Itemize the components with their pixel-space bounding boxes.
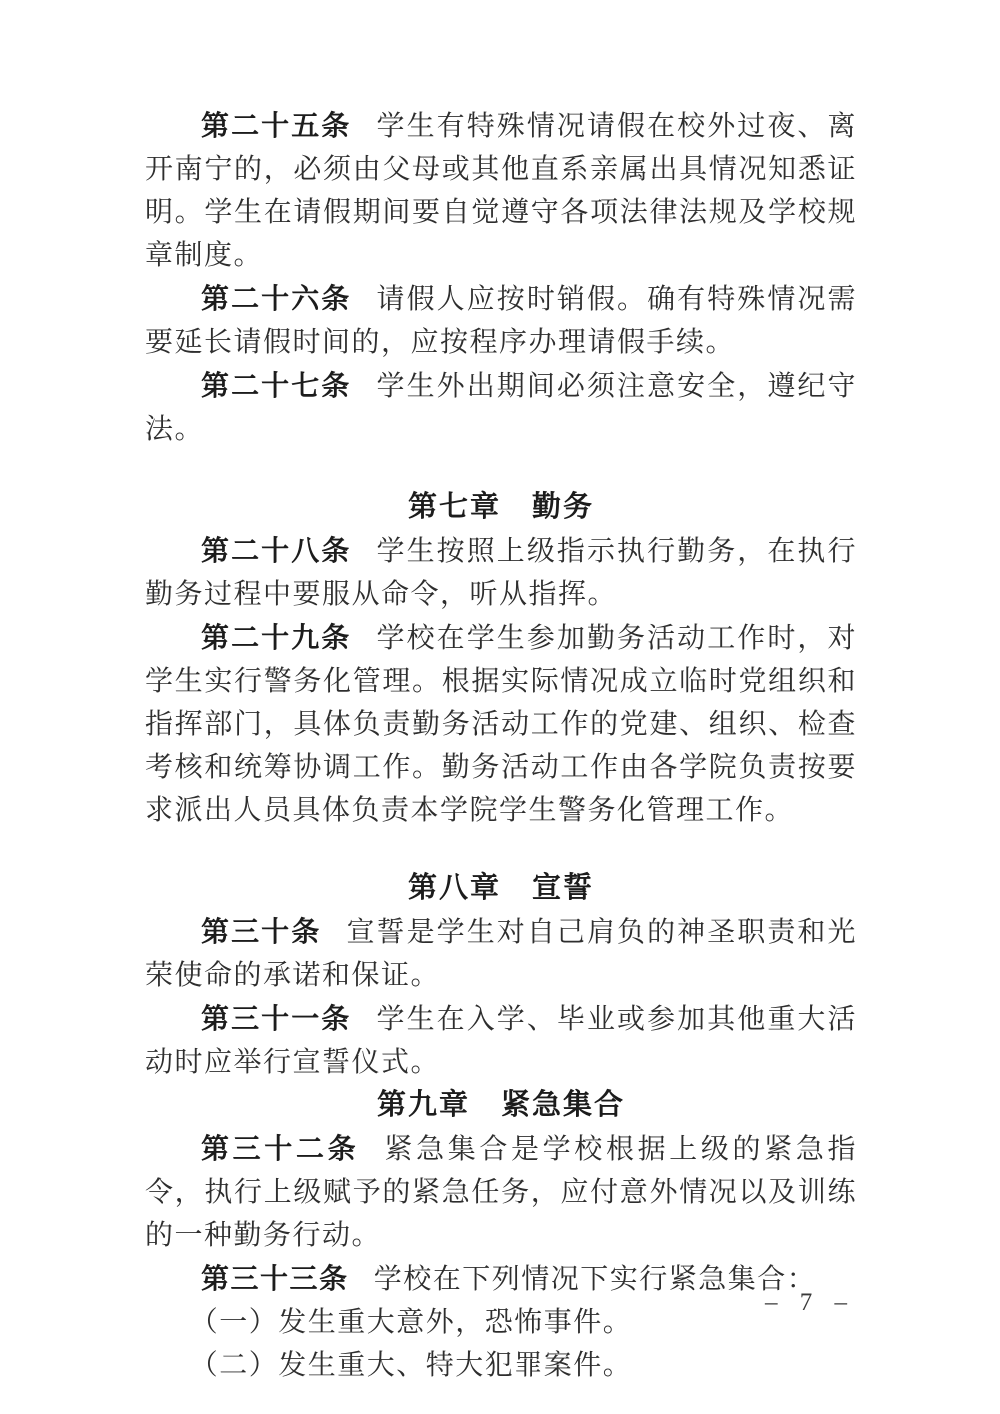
document-page: 第二十五条学生有特殊情况请假在校外过夜、离开南宁的，必须由父母或其他直系亲属出具… xyxy=(0,0,1000,1414)
article-25: 第二十五条学生有特殊情况请假在校外过夜、离开南宁的，必须由父母或其他直系亲属出具… xyxy=(145,104,857,277)
article-33-number: 第三十三条 xyxy=(201,1263,349,1294)
article-29-text: 学校在学生参加勤务活动工作时，对学生实行警务化管理。根据实际情况成立临时党组织和… xyxy=(145,623,857,826)
chapter-7-heading: 第七章 勤务 xyxy=(145,486,857,529)
article-29-number: 第二十九条 xyxy=(201,622,351,653)
article-30: 第三十条宣誓是学生对自己肩负的神圣职责和光荣使命的承诺和保证。 xyxy=(145,910,857,997)
article-33-item-1: （一）发生重大意外，恐怖事件。 xyxy=(145,1301,857,1344)
article-27: 第二十七条学生外出期间必须注意安全，遵纪守法。 xyxy=(145,364,857,451)
article-31: 第三十一条学生在入学、毕业或参加其他重大活动时应举行宣誓仪式。 xyxy=(145,997,857,1084)
article-28: 第二十八条学生按照上级指示执行勤务，在执行勤务过程中要服从命令，听从指挥。 xyxy=(145,529,857,616)
article-28-number: 第二十八条 xyxy=(201,535,351,566)
article-26-number: 第二十六条 xyxy=(201,283,351,314)
chapter-8-heading: 第八章 宣誓 xyxy=(145,867,857,910)
article-31-number: 第三十一条 xyxy=(201,1003,351,1034)
article-33: 第三十三条学校在下列情况下实行紧急集合： xyxy=(145,1257,857,1301)
article-30-number: 第三十条 xyxy=(201,916,321,947)
article-32-number: 第三十二条 xyxy=(201,1133,359,1164)
article-33-text: 学校在下列情况下实行紧急集合： xyxy=(374,1264,817,1295)
article-25-number: 第二十五条 xyxy=(201,110,351,141)
article-27-number: 第二十七条 xyxy=(201,370,351,401)
chapter-9-heading: 第九章 紧急集合 xyxy=(145,1084,857,1127)
document-body: 第二十五条学生有特殊情况请假在校外过夜、离开南宁的，必须由父母或其他直系亲属出具… xyxy=(145,104,857,1387)
article-29: 第二十九条学校在学生参加勤务活动工作时，对学生实行警务化管理。根据实际情况成立临… xyxy=(145,616,857,832)
article-32: 第三十二条紧急集合是学校根据上级的紧急指令，执行上级赋予的紧急任务，应付意外情况… xyxy=(145,1127,857,1257)
article-26: 第二十六条请假人应按时销假。确有特殊情况需要延长请假时间的，应按程序办理请假手续… xyxy=(145,277,857,364)
article-33-item-2: （二）发生重大、特大犯罪案件。 xyxy=(145,1344,857,1387)
page-number: – 7 – xyxy=(765,1288,855,1318)
